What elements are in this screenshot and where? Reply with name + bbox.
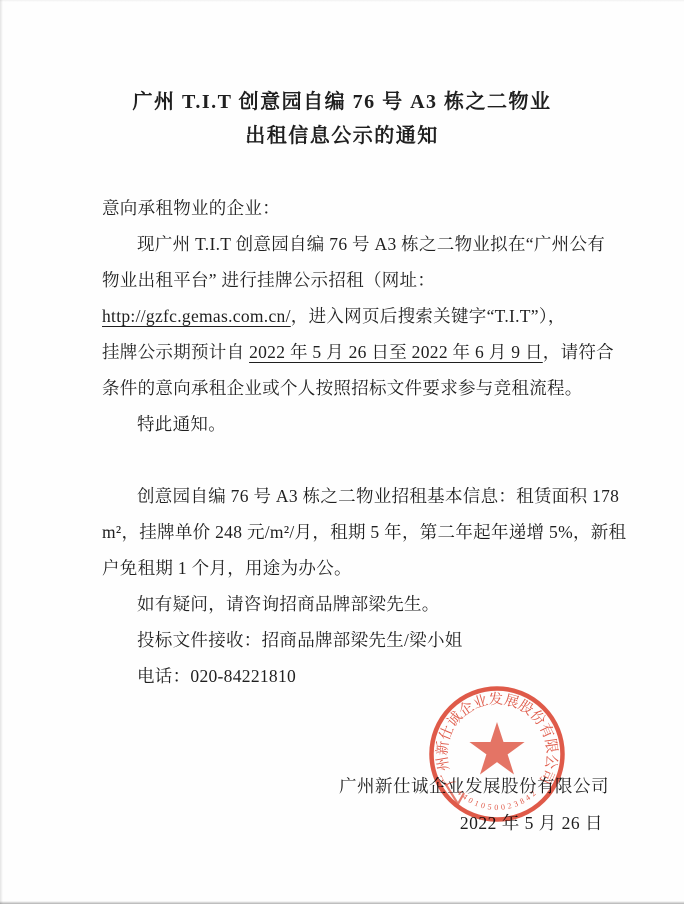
contact-line: 如有疑问，请咨询招商品牌部梁先生。 <box>102 586 600 622</box>
body-line-url: http://gzfc.gemas.com.cn/，进入网页后搜索关键字“T.I… <box>102 298 600 334</box>
url-text: http://gzfc.gemas.com.cn/ <box>102 306 291 326</box>
document-title-line2: 出租信息公示的通知 <box>0 124 684 148</box>
document-body: 意向承租物业的企业： 现广州 T.I.T 创意园自编 76 号 A3 栋之二物业… <box>102 190 600 694</box>
scan-edge-top <box>0 0 684 2</box>
contact-line: 投标文件接收：招商品牌部梁先生/梁小姐 <box>102 622 600 658</box>
company-seal: 广州新仕诚企业发展股份有限公司 4401050023842 <box>417 674 577 834</box>
notice-line: 特此通知。 <box>102 406 600 442</box>
body-line-dates: 挂牌公示期预计自 2022 年 5 月 26 日至 2022 年 6 月 9 日… <box>102 334 600 370</box>
salutation-line: 意向承租物业的企业： <box>102 190 600 226</box>
body-text: ，请符合 <box>543 342 614 362</box>
body-text: 挂牌公示期预计自 <box>102 342 249 362</box>
body-line: 物业出租平台” 进行挂牌公示招租（网址： <box>102 262 600 298</box>
document-title-line1: 广州 T.I.T 创意园自编 76 号 A3 栋之二物业 <box>0 90 684 114</box>
scan-edge-left <box>0 0 3 904</box>
body-line: 条件的意向承租企业或个人按照招标文件要求参与竞租流程。 <box>102 370 600 406</box>
scanned-document-page: 广州 T.I.T 创意园自编 76 号 A3 栋之二物业 出租信息公示的通知 意… <box>0 0 684 904</box>
body-line: 现广州 T.I.T 创意园自编 76 号 A3 栋之二物业拟在“广州公有 <box>102 226 600 262</box>
seal-number-text: 4401050023842 <box>455 788 537 812</box>
body-line: m²，挂牌单价 248 元/m²/月，租期 5 年，第二年起年递增 5%，新租 <box>102 514 600 550</box>
blank-line <box>102 442 600 478</box>
body-line: 创意园自编 76 号 A3 栋之二物业招租基本信息：租赁面积 178 <box>102 478 600 514</box>
seal-star <box>469 722 524 775</box>
body-text: ，进入网页后搜索关键字“T.I.T”）， <box>291 306 566 326</box>
body-line: 户免租期 1 个月，用途为办公。 <box>102 550 600 586</box>
date-range-text: 2022 年 5 月 26 日至 2022 年 6 月 9 日 <box>249 342 543 362</box>
